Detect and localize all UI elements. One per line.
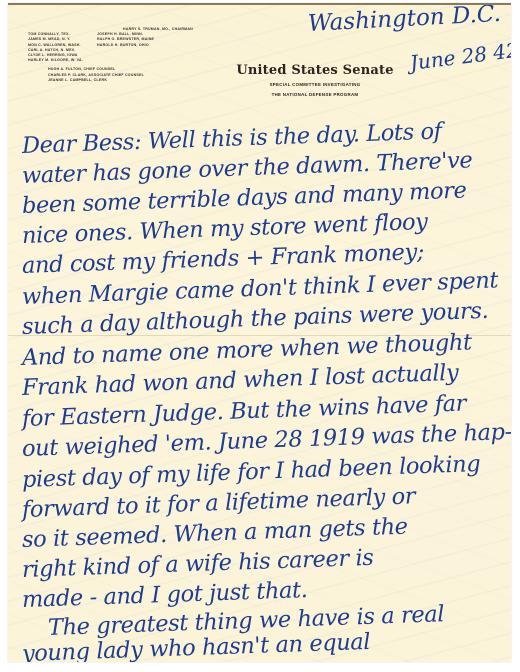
letterhead-subtitle-1: Special Committee Investigating xyxy=(230,81,400,88)
letter-date: June 28 42 xyxy=(409,38,511,75)
letterhead-title: United States Senate xyxy=(230,63,400,78)
letter-page: Harry S. Truman, Mo., Chairman Tom Conna… xyxy=(8,3,511,662)
committee-roster: Harry S. Truman, Mo., Chairman Tom Conna… xyxy=(28,27,258,83)
roster-members-right: Joseph H. Ball, Minn. Ralph O. Brewster,… xyxy=(97,32,154,63)
letterhead-title-block: United States Senate Special Committee I… xyxy=(230,63,400,98)
roster-staff: Jeanne L. Campbell, Clerk xyxy=(48,78,258,83)
letterhead-subtitle-2: The National Defense Program xyxy=(230,91,400,98)
roster-member: Harold H. Burton, Ohio xyxy=(97,43,154,48)
roster-member: Harley M. Kilgore, W. Va. xyxy=(28,58,83,63)
roster-counsel: Hugh A. Fulton, Chief Counsel Charles P.… xyxy=(28,67,258,83)
roster-members: Tom Connally, Tex. James M. Mead, N. Y. … xyxy=(28,32,258,63)
letter-place: Washington D.C. xyxy=(307,3,501,37)
roster-members-left: Tom Connally, Tex. James M. Mead, N. Y. … xyxy=(28,32,83,63)
